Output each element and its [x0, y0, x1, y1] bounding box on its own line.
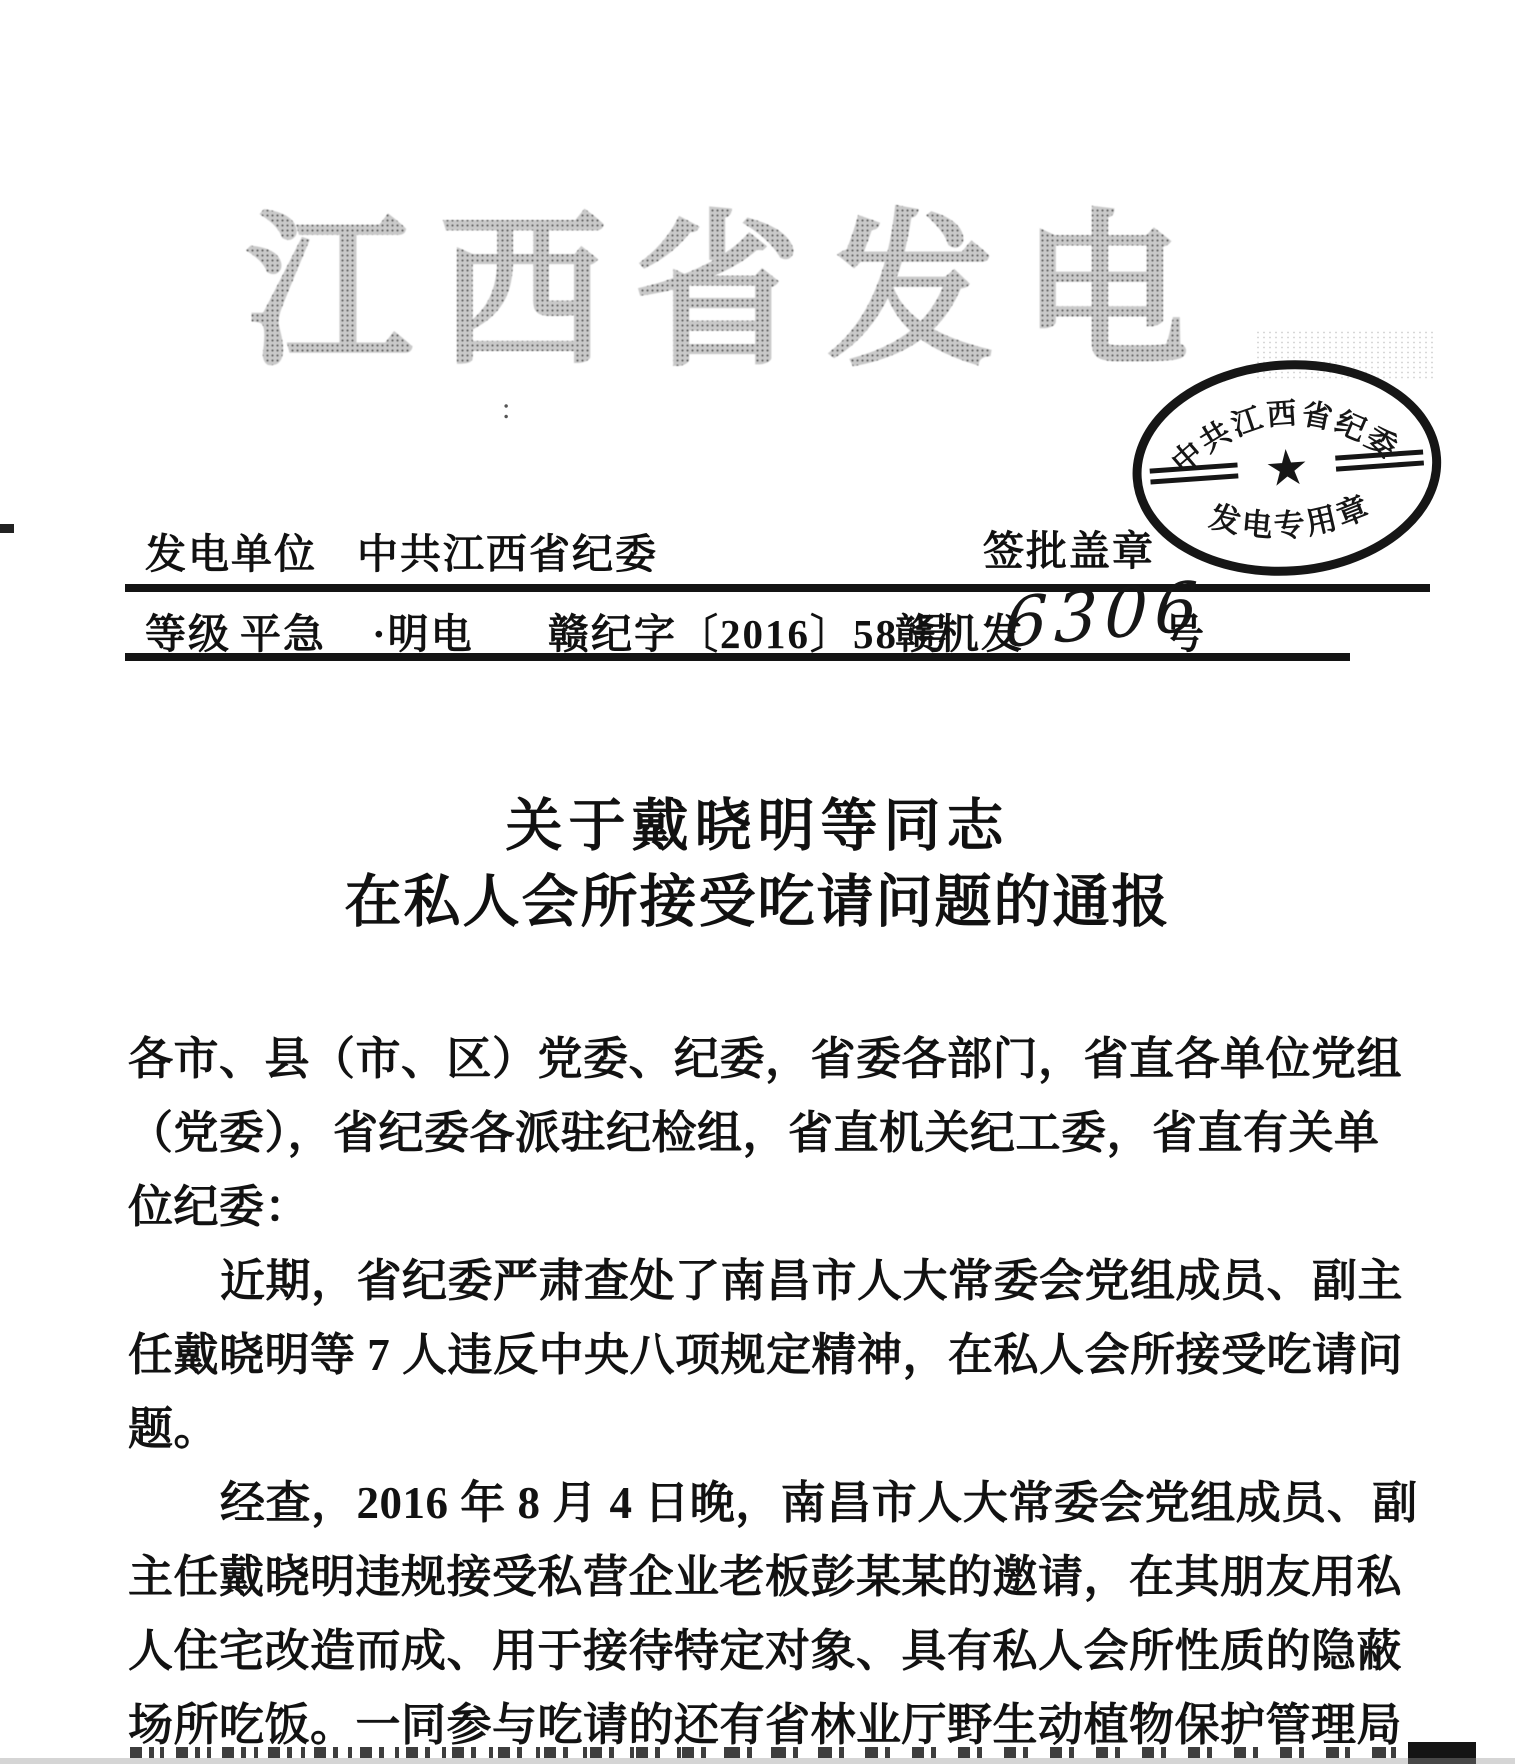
body-line-para2-3: 人住宅改造而成、用于接待特定对象、具有私人会所性质的隐蔽	[128, 1614, 1458, 1688]
clipped-next-line-fragment	[130, 1747, 1400, 1758]
divider-line-bottom	[125, 653, 1350, 661]
approval-seal-label: 签批盖章	[983, 518, 1155, 577]
grade-value: 平急	[240, 601, 326, 660]
svg-text:发电专用章: 发电专用章	[1204, 488, 1377, 549]
scan-artifact-colon: :	[502, 392, 510, 426]
scanned-telegram-document: 江西省发电 : 中共江西省纪委 发电专用章 ★ 发电单位 中共江西省纪委 签批盖…	[0, 0, 1515, 1764]
seal-bottom-text: 发电专用章	[1204, 488, 1377, 549]
telegram-masthead-watermark: 江西省发电	[245, 158, 1215, 399]
body-line-para2-1: 经查，2016 年 8 月 4 日晚，南昌市人大常委会党组成员、副	[128, 1466, 1458, 1540]
reference-number: 赣纪字〔2016〕58 号	[548, 601, 953, 660]
body-line-recipients-2: （党委），省纪委各派驻纪检组，省直机关纪工委，省直有关单	[128, 1096, 1458, 1170]
divider-line-top	[125, 584, 1430, 592]
serial-unit-label: 号	[1163, 601, 1206, 660]
body-line-para1-3: 题。	[128, 1392, 1458, 1466]
document-body: 各市、县（市、区）党委、纪委，省委各部门，省直各单位党组 （党委），省纪委各派驻…	[128, 1022, 1458, 1762]
scan-smear	[0, 1758, 1515, 1764]
grade-label: 等级	[145, 601, 231, 660]
sending-unit-value: 中共江西省纪委	[357, 521, 658, 580]
sending-unit-label: 发电单位	[145, 521, 317, 580]
body-line-para2-2: 主任戴晓明违规接受私营企业老板彭某某的邀请，在其朋友用私	[128, 1540, 1458, 1614]
document-title-line2: 在私人会所接受吃请问题的通报	[0, 856, 1515, 938]
seal-star-icon: ★	[1266, 443, 1309, 495]
left-edge-scan-mark	[0, 524, 14, 533]
channel-value: ·明电	[372, 601, 474, 660]
body-line-recipients-3: 位纪委：	[128, 1170, 1458, 1244]
document-title-line1: 关于戴晓明等同志	[0, 780, 1515, 862]
body-line-para1-1: 近期，省纪委严肃查处了南昌市人大常委会党组成员、副主	[128, 1244, 1458, 1318]
body-line-para1-2: 任戴晓明等 7 人违反中央八项规定精神，在私人会所接受吃请问	[128, 1318, 1458, 1392]
official-seal-stamp: 中共江西省纪委 发电专用章 ★	[1114, 339, 1460, 601]
body-line-recipients-1: 各市、县（市、区）党委、纪委，省委各部门，省直各单位党组	[128, 1022, 1458, 1096]
